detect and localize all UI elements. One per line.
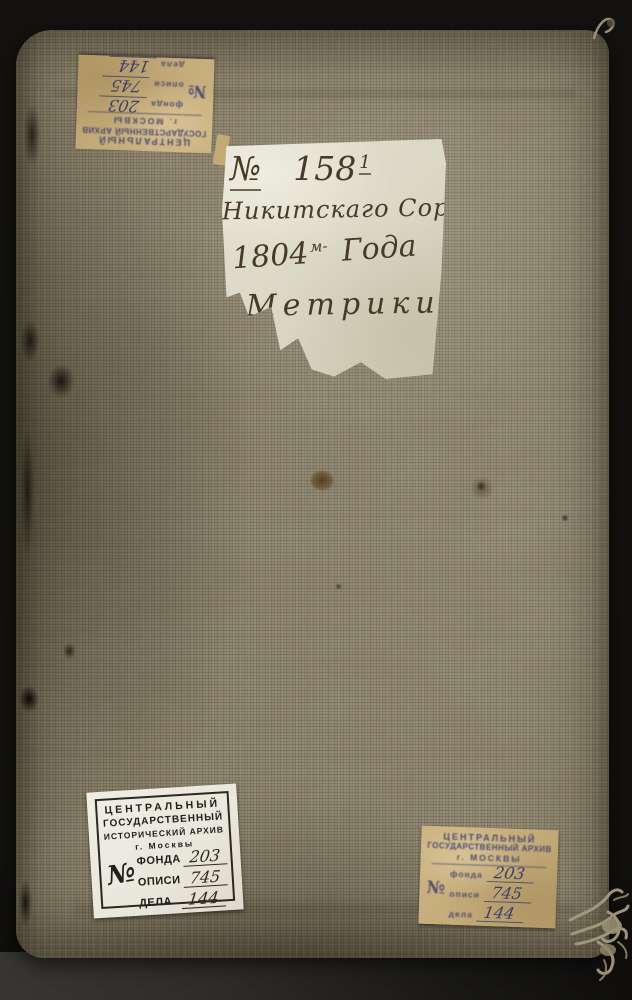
small-stain bbox=[61, 640, 78, 662]
fond-label: фонда bbox=[450, 869, 483, 882]
speck-stain bbox=[560, 513, 570, 523]
year-suffix: м- bbox=[309, 237, 328, 256]
opis-value: 745 bbox=[100, 76, 150, 96]
photo-background: №1581 Никитскаго Сорока 1804м-Года Метри… bbox=[0, 0, 632, 1000]
delo-value: 144 bbox=[107, 56, 157, 76]
fond-value: 203 bbox=[184, 847, 229, 867]
delo-label: дела bbox=[448, 909, 473, 922]
speck-stain bbox=[334, 582, 343, 591]
numero-sign: № bbox=[188, 80, 207, 101]
fond-value: 203 bbox=[97, 95, 147, 115]
delo-label: дела bbox=[160, 58, 185, 71]
edge-hole bbox=[16, 682, 42, 716]
table-surface bbox=[0, 952, 632, 1000]
opis-label: описи bbox=[449, 889, 480, 902]
opis-label: ОПИСИ bbox=[138, 874, 181, 891]
label-fields: ФОНДА 203 ОПИСИ 745 ДЕЛА 144 bbox=[136, 843, 230, 911]
brown-stain-core bbox=[475, 480, 487, 492]
archive-stamp-label-top-left: ЦЕНТРАЛЬНЫЙ ГОСУДАРСТВЕННЫЙ АРХИВ г. МОС… bbox=[75, 55, 214, 154]
book-cover: №1581 Никитскаго Сорока 1804м-Года Метри… bbox=[16, 30, 609, 958]
archive-stamp-label-bottom-right: ЦЕНТРАЛЬНЫЙ ГОСУДАРСТВЕННЫЙ АРХИВ г. МОС… bbox=[418, 826, 558, 929]
stamp-fields: фонда 203 описи 745 дела 144 bbox=[81, 55, 185, 119]
stamp-header: ЦЕНТРАЛЬНЫЙ ГОСУДАРСТВЕННЫЙ АРХИВ г. МОС… bbox=[75, 111, 212, 154]
opis-row: описи 745 bbox=[449, 881, 553, 905]
fond-label: ФОНДА bbox=[136, 853, 181, 870]
spine-stain bbox=[20, 92, 44, 178]
fond-value: 203 bbox=[486, 864, 536, 884]
opis-label: описи bbox=[153, 77, 184, 90]
stamp-fields: фонда 203 описи 745 дела 144 bbox=[448, 861, 553, 925]
delo-value: 144 bbox=[476, 904, 526, 924]
frayed-twine-tassel bbox=[568, 882, 632, 986]
opis-value: 745 bbox=[483, 884, 533, 904]
year-value: 1804 bbox=[231, 236, 310, 276]
fond-row: фонда 203 bbox=[450, 861, 554, 885]
ink-blot-stain bbox=[43, 358, 79, 404]
label-brown-spot bbox=[306, 467, 338, 494]
archive-label-bottom-left: ЦЕНТРАЛЬНЫЙ ГОСУДАРСТВЕННЫЙ ИСТОРИЧЕСКИЙ… bbox=[86, 784, 243, 919]
delo-value: 144 bbox=[183, 889, 228, 909]
fond-row: фонда 203 bbox=[81, 95, 184, 119]
spine-streak-stain bbox=[19, 408, 36, 576]
numero-sign: № bbox=[426, 878, 445, 899]
delo-row: дела 144 bbox=[448, 901, 552, 925]
archive-number-line: №1581 bbox=[230, 149, 371, 188]
case-number-superscript: 1 bbox=[359, 152, 370, 175]
year-line: 1804м-Года bbox=[231, 229, 418, 277]
case-number: 158 bbox=[293, 149, 356, 188]
year-word: Года bbox=[341, 229, 418, 269]
numero-sign: № bbox=[230, 149, 261, 191]
metriki-line: Метрики. bbox=[246, 285, 457, 324]
opis-value: 745 bbox=[184, 868, 229, 888]
corner-stain bbox=[17, 872, 34, 934]
opis-row: описи 745 bbox=[81, 75, 184, 99]
fond-label: фонда bbox=[150, 97, 183, 110]
corner-thread-loop bbox=[590, 10, 620, 42]
delo-row: дела 144 bbox=[82, 55, 185, 79]
delo-label: ДЕЛА bbox=[139, 896, 173, 912]
numero-sign: № bbox=[105, 858, 138, 892]
spine-stain bbox=[17, 313, 43, 369]
label-frame: ЦЕНТРАЛЬНЫЙ ГОСУДАРСТВЕННЫЙ ИСТОРИЧЕСКИЙ… bbox=[95, 791, 235, 909]
